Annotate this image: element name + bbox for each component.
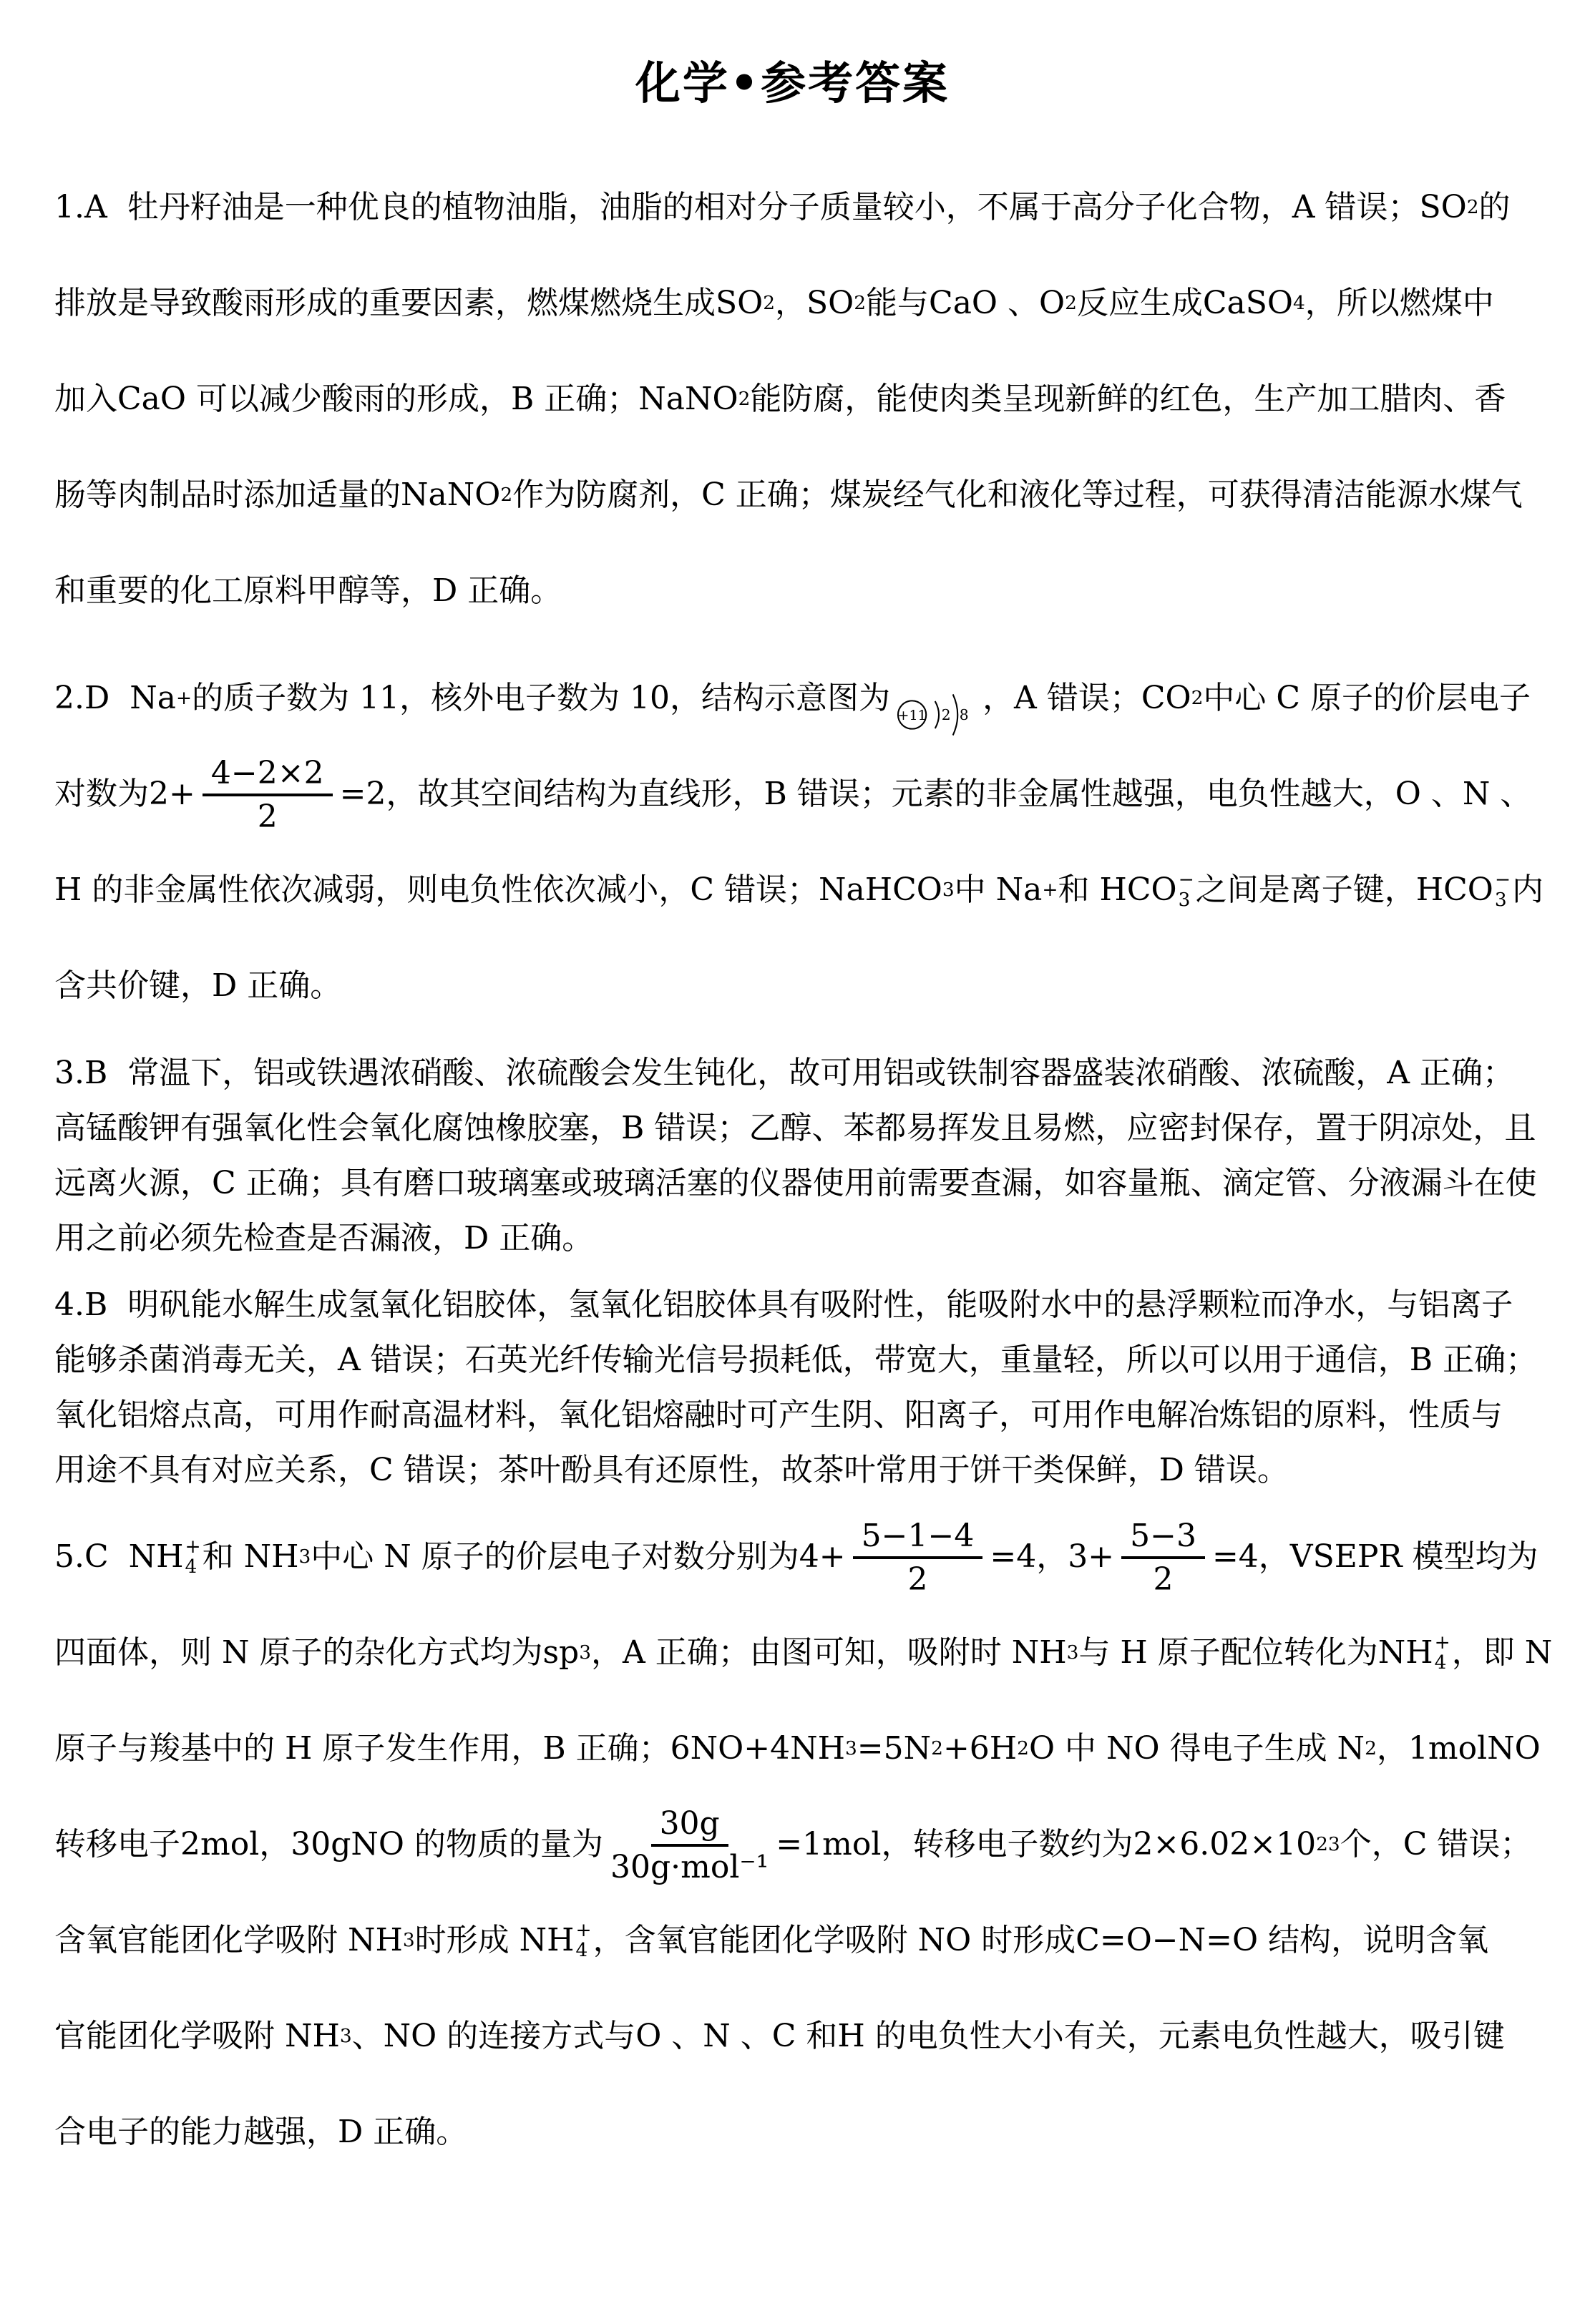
- sub-sup-stack: +4: [576, 1920, 592, 1960]
- text-line: 官能团化学吸附 NH3、NO 的连接方式与O 、N 、C 和H 的电负性大小有关…: [54, 1988, 1531, 2084]
- text-run: 加入CaO 可以减少酸雨的形成，B 正确；NaNO: [54, 351, 738, 447]
- text-run: 个，C 错误；: [1340, 1797, 1532, 1893]
- text-run: 2.D Na: [54, 650, 176, 746]
- answer-paragraph-1A: 1.A 牡丹籽油是一种优良的植物油脂，油脂的相对分子质量较小，不属于高分子化合物…: [54, 160, 1531, 639]
- text-line: 用途不具有对应关系，C 错误；茶叶酚具有还原性，故茶叶常用于饼干类保鲜，D 错误…: [54, 1442, 1531, 1498]
- document-page: 化学•参考答案 1.A 牡丹籽油是一种优良的植物油脂，油脂的相对分子质量较小，不…: [0, 0, 1585, 2292]
- text-line: 转移电子2mol，30gNO 的物质的量为30g30g·mol⁻¹=1mol，转…: [54, 1797, 1531, 1893]
- text-run: 转移电子2mol，30gNO 的物质的量为: [54, 1797, 603, 1893]
- shell-electron-count: 8: [960, 706, 969, 723]
- atom-structure-diagram: +1128: [896, 673, 977, 757]
- subscript: 4: [1435, 1653, 1447, 1673]
- subscript: 3: [1495, 890, 1507, 910]
- text-run: 能防腐，能使肉类呈现新鲜的红色，生产加工腊肉、香: [750, 351, 1506, 447]
- text-line: 3.B 常温下，铝或铁遇浓硝酸、浓硫酸会发生钝化，故可用铝或铁制容器盛装浓硝酸、…: [54, 1045, 1531, 1100]
- nucleus-charge-label: +11: [898, 708, 927, 723]
- text-line: 4.B 明矾能水解生成氢氧化铝胶体，氢氧化铝胶体具有吸附性，能吸附水中的悬浮颗粒…: [54, 1277, 1531, 1332]
- text-run: 合电子的能力越强，D 正确。: [54, 2084, 467, 2180]
- text-run: 四面体，则 N 原子的杂化方式均为sp: [54, 1605, 579, 1701]
- text-line: 高锰酸钾有强氧化性会氧化腐蚀橡胶塞，B 错误；乙醇、苯都易挥发且易燃，应密封保存…: [54, 1100, 1531, 1156]
- subscript: 4: [185, 1557, 197, 1577]
- text-run: 和 HCO: [1058, 842, 1177, 938]
- subscript: 3: [1179, 890, 1191, 910]
- text-line: 合电子的能力越强，D 正确。: [54, 2084, 1531, 2180]
- text-run: 用之前必须先检查是否漏液，D 正确。: [54, 1211, 593, 1266]
- text-run: H 的非金属性依次减弱，则电负性依次减小，C 错误；NaHCO: [54, 842, 942, 938]
- text-line: 2.D Na+的质子数为 11，核外电子数为 10，结构示意图为+1128，A …: [54, 650, 1531, 746]
- text-run: +6H: [943, 1701, 1017, 1797]
- text-line: 1.A 牡丹籽油是一种优良的植物油脂，油脂的相对分子质量较小，不属于高分子化合物…: [54, 160, 1531, 255]
- shell-electron-count: 2: [942, 706, 951, 723]
- answer-paragraph-4B: 4.B 明矾能水解生成氢氧化铝胶体，氢氧化铝胶体具有吸附性，能吸附水中的悬浮颗粒…: [54, 1277, 1531, 1498]
- text-run: =4，3+: [990, 1509, 1114, 1605]
- text-run: 官能团化学吸附 NH: [54, 1988, 340, 2084]
- text-run: 排放是导致酸雨形成的重要因素，燃煤燃烧生成SO: [54, 255, 763, 351]
- text-run: 能够杀菌消毒无关，A 错误；石英光纤传输光信号损耗低，带宽大，重量轻，所以可以用…: [54, 1332, 1537, 1387]
- text-run: 中 Na: [955, 842, 1043, 938]
- text-run: 能与CaO 、O: [866, 255, 1065, 351]
- fraction-numerator: 30g: [651, 1805, 728, 1847]
- superscript: −: [1179, 870, 1194, 890]
- fraction-denominator: 30g·mol⁻¹: [610, 1847, 769, 1885]
- fraction-denominator: 2: [907, 1559, 927, 1597]
- text-line: 对数为2+4−2×22=2，故其空间结构为直线形，B 错误；元素的非金属性越强，…: [54, 746, 1531, 842]
- page-title: 化学•参考答案: [54, 47, 1531, 112]
- text-line: 和重要的化工原料甲醇等，D 正确。: [54, 543, 1531, 639]
- fraction-denominator: 2: [258, 796, 278, 834]
- superscript: +: [576, 1920, 592, 1940]
- text-run: =2，故其空间结构为直线形，B 错误；元素的非金属性越强，电负性越大，O 、N …: [340, 746, 1532, 842]
- text-line: 用之前必须先检查是否漏液，D 正确。: [54, 1211, 1531, 1266]
- text-run: ，1molNO: [1377, 1701, 1541, 1797]
- fraction: 30g30g·mol⁻¹: [610, 1805, 769, 1885]
- text-run: 反应生成CaSO: [1077, 255, 1293, 351]
- subscript: 4: [576, 1940, 588, 1961]
- text-run: 和重要的化工原料甲醇等，D 正确。: [54, 543, 562, 639]
- answer-paragraph-3B: 3.B 常温下，铝或铁遇浓硝酸、浓硫酸会发生钝化，故可用铝或铁制容器盛装浓硝酸、…: [54, 1045, 1531, 1266]
- text-line: 四面体，则 N 原子的杂化方式均为sp3，A 正确；由图可知，吸附时 NH3与 …: [54, 1605, 1531, 1701]
- text-run: 肠等肉制品时添加适量的NaNO: [54, 447, 500, 543]
- text-run: 和 NH: [203, 1509, 299, 1605]
- text-run: ，SO: [775, 255, 854, 351]
- text-line: 5.C NH+4和 NH3中心 N 原子的价层电子对数分别为4+5−1−42=4…: [54, 1509, 1531, 1605]
- sub-sup-stack: +4: [1435, 1633, 1450, 1672]
- sub-sup-stack: −3: [1179, 870, 1194, 909]
- text-run: 含共价键，D 正确。: [54, 938, 341, 1034]
- fraction: 5−1−42: [853, 1517, 983, 1598]
- sub-sup-stack: −3: [1495, 870, 1511, 909]
- text-line: H 的非金属性依次减弱，则电负性依次减小，C 错误；NaHCO3中 Na+和 H…: [54, 842, 1531, 938]
- text-run: =4，VSEPR 模型均为: [1212, 1509, 1538, 1605]
- text-run: 4.B 明矾能水解生成氢氧化铝胶体，氢氧化铝胶体具有吸附性，能吸附水中的悬浮颗粒…: [54, 1277, 1513, 1332]
- answer-paragraph-5C: 5.C NH+4和 NH3中心 N 原子的价层电子对数分别为4+5−1−42=4…: [54, 1509, 1531, 2180]
- text-line: 含共价键，D 正确。: [54, 938, 1531, 1034]
- text-line: 加入CaO 可以减少酸雨的形成，B 正确；NaNO2能防腐，能使肉类呈现新鲜的红…: [54, 351, 1531, 447]
- superscript: +: [1435, 1633, 1450, 1653]
- superscript: +: [185, 1537, 201, 1557]
- text-line: 含氧官能团化学吸附 NH3时形成 NH+4，含氧官能团化学吸附 NO 时形成C=…: [54, 1893, 1531, 1988]
- text-line: 远离火源，C 正确；具有磨口玻璃塞或玻璃活塞的仪器使用前需要查漏，如容量瓶、滴定…: [54, 1156, 1531, 1211]
- text-run: ，A 正确；由图可知，吸附时 NH: [591, 1605, 1067, 1701]
- text-line: 氧化铝熔点高，可用作耐高温材料，氧化铝熔融时可产生阴、阳离子，可用作电解冶炼铝的…: [54, 1387, 1531, 1442]
- text-run: 远离火源，C 正确；具有磨口玻璃塞或玻璃活塞的仪器使用前需要查漏，如容量瓶、滴定…: [54, 1156, 1537, 1211]
- text-run: 含氧官能团化学吸附 NH: [54, 1893, 403, 1988]
- superscript: −: [1495, 870, 1511, 890]
- text-run: 的质子数为 11，核外电子数为 10，结构示意图为: [192, 650, 890, 746]
- text-line: 排放是导致酸雨形成的重要因素，燃煤燃烧生成SO2，SO2能与CaO 、O2反应生…: [54, 255, 1531, 351]
- fraction: 5−32: [1121, 1517, 1205, 1598]
- text-line: 肠等肉制品时添加适量的NaNO2作为防腐剂，C 正确；煤炭经气化和液化等过程，可…: [54, 447, 1531, 543]
- text-run: 对数为2+: [54, 746, 195, 842]
- text-run: =5N: [857, 1701, 931, 1797]
- text-run: 内: [1512, 842, 1543, 938]
- text-run: 之间是离子键，HCO: [1196, 842, 1493, 938]
- text-run: 的: [1479, 160, 1511, 255]
- text-run: O 中 NO 得电子生成 N: [1029, 1701, 1365, 1797]
- text-run: 1.A 牡丹籽油是一种优良的植物油脂，油脂的相对分子质量较小，不属于高分子化合物…: [54, 160, 1467, 255]
- text-run: 与 H 原子配位转化为NH: [1078, 1605, 1433, 1701]
- fraction-numerator: 5−1−4: [853, 1517, 983, 1559]
- fraction: 4−2×22: [203, 754, 333, 835]
- text-run: 5.C NH: [54, 1509, 184, 1605]
- text-run: 氧化铝熔点高，可用作耐高温材料，氧化铝熔融时可产生阴、阳离子，可用作电解冶炼铝的…: [54, 1387, 1503, 1442]
- text-run: ，A 错误；CO: [982, 650, 1191, 746]
- text-run: ，含氧官能团化学吸附 NO 时形成C=O−N=O 结构，说明含氧: [593, 1893, 1488, 1988]
- text-run: 3.B 常温下，铝或铁遇浓硝酸、浓硫酸会发生钝化，故可用铝或铁制容器盛装浓硝酸、…: [54, 1045, 1514, 1100]
- text-run: ，即 N: [1452, 1605, 1553, 1701]
- text-line: 能够杀菌消毒无关，A 错误；石英光纤传输光信号损耗低，带宽大，重量轻，所以可以用…: [54, 1332, 1531, 1387]
- text-run: 作为防腐剂，C 正确；煤炭经气化和液化等过程，可获得清洁能源水煤气: [512, 447, 1523, 543]
- electron-shell-arc: [953, 694, 958, 735]
- text-run: 用途不具有对应关系，C 错误；茶叶酚具有还原性，故茶叶常用于饼干类保鲜，D 错误…: [54, 1442, 1289, 1498]
- sub-sup-stack: +4: [185, 1537, 201, 1576]
- text-run: 、NO 的连接方式与O 、N 、C 和H 的电负性大小有关，元素电负性越大，吸引…: [352, 1988, 1505, 2084]
- text-run: 中心 N 原子的价层电子对数分别为4+: [311, 1509, 845, 1605]
- answer-paragraph-2D: 2.D Na+的质子数为 11，核外电子数为 10，结构示意图为+1128，A …: [54, 650, 1531, 1034]
- fraction-denominator: 2: [1154, 1559, 1174, 1597]
- fraction-numerator: 5−3: [1121, 1517, 1205, 1559]
- text-run: 原子与羧基中的 H 原子发生作用，B 正确；6NO+4NH: [54, 1701, 845, 1797]
- text-run: =1mol，转移电子数约为2×6.02×10: [776, 1797, 1316, 1893]
- text-run: ，所以燃煤中: [1305, 255, 1494, 351]
- text-run: 中心 C 原子的价层电子: [1203, 650, 1531, 746]
- electron-shell-arc: [935, 701, 939, 728]
- text-run: 时形成 NH: [415, 1893, 575, 1988]
- fraction-numerator: 4−2×2: [203, 754, 333, 796]
- text-run: 高锰酸钾有强氧化性会氧化腐蚀橡胶塞，B 错误；乙醇、苯都易挥发且易燃，应密封保存…: [54, 1100, 1536, 1156]
- text-line: 原子与羧基中的 H 原子发生作用，B 正确；6NO+4NH3=5N2+6H2O …: [54, 1701, 1531, 1797]
